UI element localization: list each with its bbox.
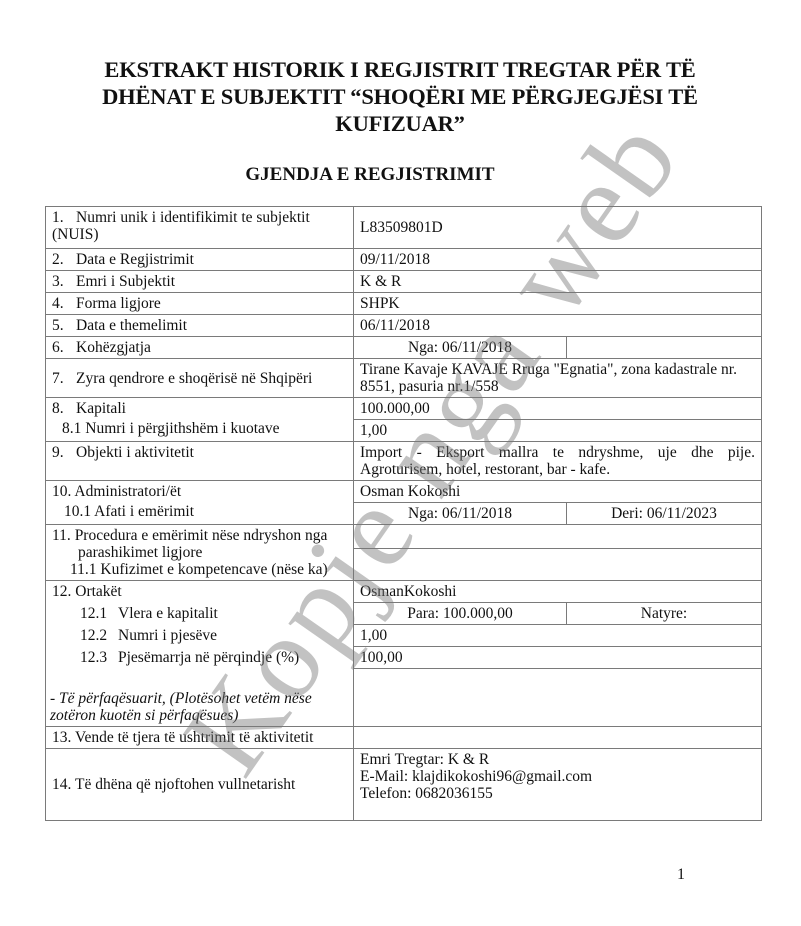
title-line-2: DHËNAT E SUBJEKTIT “SHOQËRI ME PËRGJEGJË… bbox=[60, 83, 740, 110]
row-number: 7. bbox=[52, 370, 76, 387]
competence-limits-value bbox=[354, 549, 762, 581]
row-number: 14. bbox=[52, 776, 71, 793]
table-row-procedure: 11. Procedura e emërimit nëse ndryshon n… bbox=[46, 525, 762, 549]
row-label: Emri i Subjektit bbox=[76, 273, 175, 290]
label-cell: 12.2Numri i pjesëve bbox=[46, 625, 354, 647]
duration-to-value bbox=[567, 337, 762, 359]
label-cell: 12.3Pjesëmarrja në përqindje (%) bbox=[46, 647, 354, 669]
page-number: 1 bbox=[677, 866, 685, 884]
table-row-nuis: 1.Numri unik i identifikimit te subjekti… bbox=[46, 207, 762, 249]
duration-from-value: Nga: 06/11/2018 bbox=[354, 337, 567, 359]
capital-money-value: Para: 100.000,00 bbox=[354, 603, 567, 625]
label-cell: 6.Kohëzgjatja bbox=[46, 337, 354, 359]
table-row-legal-form: 4.Forma ligjore SHPK bbox=[46, 293, 762, 315]
quota-count-value: 1,00 bbox=[354, 420, 762, 442]
table-row-activity: 9.Objekti i aktivitetit Import - Eksport… bbox=[46, 442, 762, 481]
title-line-1: EKSTRAKT HISTORIK I REGJISTRIT TREGTAR P… bbox=[60, 56, 740, 83]
phone: Telefon: 0682036155 bbox=[360, 785, 755, 802]
table-row-head-office: 7.Zyra qendrore e shoqërisë në Shqipëri … bbox=[46, 359, 762, 398]
row-number: 12.2 bbox=[80, 627, 118, 644]
subject-name-value: K & R bbox=[354, 271, 762, 293]
row-number: 4. bbox=[52, 295, 76, 312]
label-cell: 9.Objekti i aktivitetit bbox=[46, 442, 354, 481]
row-number: 8. bbox=[52, 400, 76, 417]
table-row-share-count: 12.2Numri i pjesëve 1,00 bbox=[46, 625, 762, 647]
title-line-3: KUFIZUAR” bbox=[60, 110, 740, 137]
label-cell: 11. Procedura e emërimit nëse ndryshon n… bbox=[46, 525, 354, 581]
row-number: 13. bbox=[52, 729, 71, 746]
document-title: EKSTRAKT HISTORIK I REGJISTRIT TREGTAR P… bbox=[60, 56, 740, 137]
label-cell: 10.1 Afati i emërimit bbox=[46, 503, 354, 525]
row-number: 9. bbox=[52, 444, 76, 461]
row-number: 3. bbox=[52, 273, 76, 290]
capital-value: 100.000,00 bbox=[354, 398, 762, 420]
section-title: GJENDJA E REGJISTRIMIT bbox=[60, 164, 680, 186]
table-row-subject-name: 3.Emri i Subjektit K & R bbox=[46, 271, 762, 293]
row-sublabel: 11.1 Kufizimet e kompetencave (nëse ka) bbox=[52, 561, 347, 578]
table-row-founding-date: 5.Data e themelimit 06/11/2018 bbox=[46, 315, 762, 337]
share-percent-value: 100,00 bbox=[354, 647, 762, 669]
row-number: 1. bbox=[52, 209, 76, 226]
row-label: Numri unik i identifikimit te subjektit … bbox=[52, 209, 310, 243]
founding-date-value: 06/11/2018 bbox=[354, 315, 762, 337]
other-locations-value bbox=[354, 727, 762, 749]
row-number: 6. bbox=[52, 339, 76, 356]
label-cell: 10. Administratori/ët bbox=[46, 481, 354, 503]
label-cell: 8.1 Numri i përgjithshëm i kuotave bbox=[46, 420, 354, 442]
row-sublabel: 10.1 Afati i emërimit bbox=[52, 503, 194, 520]
row-number: 10. bbox=[52, 483, 71, 500]
row-label: Kohëzgjatja bbox=[76, 339, 151, 356]
administrator-value: Osman Kokoshi bbox=[354, 481, 762, 503]
row-label: Kapitali bbox=[76, 400, 126, 417]
label-cell: 12.1Vlera e kapitalit bbox=[46, 603, 354, 625]
nuis-value: L83509801D bbox=[354, 207, 762, 249]
row-number: 11. bbox=[52, 527, 71, 544]
term-to-value: Deri: 06/11/2023 bbox=[567, 503, 762, 525]
row-label: Administratori/ët bbox=[74, 483, 181, 500]
row-sublabel: 8.1 Numri i përgjithshëm i kuotave bbox=[52, 420, 280, 437]
row-label: Data e Regjistrimit bbox=[76, 251, 194, 268]
row-number: 12.1 bbox=[80, 605, 118, 622]
label-cell: 12. Ortakët bbox=[46, 581, 354, 603]
row-label: Procedura e emërimit nëse ndryshon nga p… bbox=[75, 527, 328, 561]
table-row-duration: 6.Kohëzgjatja Nga: 06/11/2018 bbox=[46, 337, 762, 359]
registry-table: 1.Numri unik i identifikimit te subjekti… bbox=[45, 206, 762, 821]
label-cell: 3.Emri i Subjektit bbox=[46, 271, 354, 293]
table-row-voluntary-data: 14. Të dhëna që njoftohen vullnetarisht … bbox=[46, 749, 762, 821]
row-number: 12.3 bbox=[80, 649, 118, 666]
table-row-administrators: 10. Administratori/ët Osman Kokoshi bbox=[46, 481, 762, 503]
share-count-value: 1,00 bbox=[354, 625, 762, 647]
row-sublabel: Vlera e kapitalit bbox=[118, 605, 218, 622]
capital-nature-value: Natyre: bbox=[567, 603, 762, 625]
row-label: Ortakët bbox=[75, 583, 121, 600]
table-row-partners: 12. Ortakët OsmanKokoshi bbox=[46, 581, 762, 603]
activity-value: Import - Eksport mallra te ndryshme, uje… bbox=[354, 442, 762, 481]
row-label: Zyra qendrore e shoqërisë në Shqipëri bbox=[76, 370, 312, 387]
email: E-Mail: klajdikokoshi96@gmail.com bbox=[360, 768, 755, 785]
row-label: Forma ligjore bbox=[76, 295, 161, 312]
row-sublabel: Numri i pjesëve bbox=[118, 627, 217, 644]
term-from-value: Nga: 06/11/2018 bbox=[354, 503, 567, 525]
table-row-share-percent: 12.3Pjesëmarrja në përqindje (%) 100,00 bbox=[46, 647, 762, 669]
label-cell: 7.Zyra qendrore e shoqërisë në Shqipëri bbox=[46, 359, 354, 398]
label-cell: 1.Numri unik i identifikimit te subjekti… bbox=[46, 207, 354, 249]
label-cell: 13. Vende të tjera të ushtrimit të aktiv… bbox=[46, 727, 354, 749]
row-label: Vende të tjera të ushtrimit të aktivitet… bbox=[75, 729, 313, 746]
row-number: 12. bbox=[52, 583, 71, 600]
label-cell: 4.Forma ligjore bbox=[46, 293, 354, 315]
partner-value: OsmanKokoshi bbox=[354, 581, 762, 603]
head-office-value: Tirane Kavaje KAVAJE Rruga "Egnatia", zo… bbox=[354, 359, 762, 398]
label-cell: 8.Kapitali bbox=[46, 398, 354, 420]
table-row-quota-count: 8.1 Numri i përgjithshëm i kuotave 1,00 bbox=[46, 420, 762, 442]
label-cell: 5.Data e themelimit bbox=[46, 315, 354, 337]
row-number: 5. bbox=[52, 317, 76, 334]
row-sublabel: Pjesëmarrja në përqindje (%) bbox=[118, 649, 299, 666]
label-cell: - Të përfaqësuarit, (Plotësohet vetëm në… bbox=[46, 669, 354, 727]
procedure-value bbox=[354, 525, 762, 549]
row-label: Të dhëna që njoftohen vullnetarisht bbox=[75, 776, 295, 793]
table-row-representatives: - Të përfaqësuarit, (Plotësohet vetëm në… bbox=[46, 669, 762, 727]
row-number: 2. bbox=[52, 251, 76, 268]
table-row-appointment-term: 10.1 Afati i emërimit Nga: 06/11/2018 De… bbox=[46, 503, 762, 525]
table-row-registration-date: 2.Data e Regjistrimit 09/11/2018 bbox=[46, 249, 762, 271]
registration-date-value: 09/11/2018 bbox=[354, 249, 762, 271]
table-row-capital: 8.Kapitali 100.000,00 bbox=[46, 398, 762, 420]
table-row-capital-value: 12.1Vlera e kapitalit Para: 100.000,00 N… bbox=[46, 603, 762, 625]
voluntary-data-value: Emri Tregtar: K & R E-Mail: klajdikokosh… bbox=[354, 749, 762, 821]
trade-name: Emri Tregtar: K & R bbox=[360, 751, 755, 768]
label-cell: 2.Data e Regjistrimit bbox=[46, 249, 354, 271]
representatives-value bbox=[354, 669, 762, 727]
table-row-other-locations: 13. Vende të tjera të ushtrimit të aktiv… bbox=[46, 727, 762, 749]
legal-form-value: SHPK bbox=[354, 293, 762, 315]
label-cell: 14. Të dhëna që njoftohen vullnetarisht bbox=[46, 749, 354, 821]
row-label: Objekti i aktivitetit bbox=[76, 444, 194, 461]
row-label: Data e themelimit bbox=[76, 317, 187, 334]
